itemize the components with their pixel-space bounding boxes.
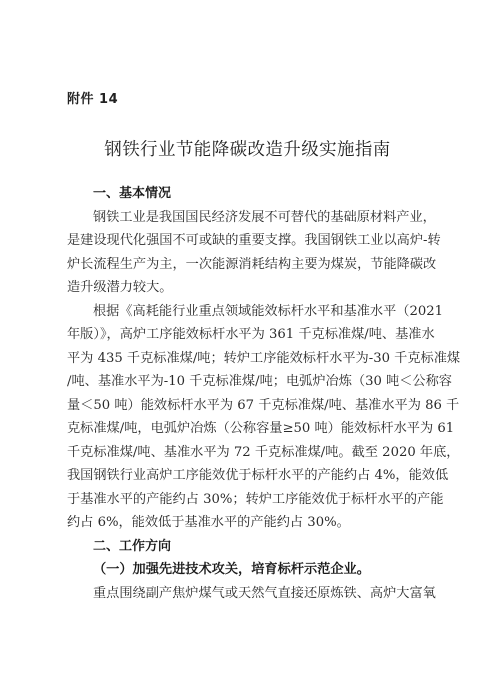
paragraph-line: 平为 435 千克标准煤/吨；转炉工序能效标杆水平为-30 千克标准煤	[67, 347, 431, 371]
subsection-heading: （一）加强先进技术攻关，培育标杆示范企业。	[67, 558, 431, 582]
paragraph-line: 量＜50 吨）能效标杆水平为 67 千克标准煤/吨、基准水平为 86 千	[67, 394, 431, 418]
paragraph-line: 我国钢铁行业高炉工序能效优于标杆水平的产能约占 4%，能效低	[67, 464, 431, 488]
paragraph: 钢铁工业是我国国民经济发展不可替代的基础原材料产业， 是建设现代化强国不可或缺的…	[67, 206, 431, 300]
attachment-label: 附件 14	[67, 88, 118, 107]
document-title: 钢铁行业节能降碳改造升级实施指南	[0, 136, 495, 161]
paragraph-line: 钢铁工业是我国国民经济发展不可替代的基础原材料产业，	[67, 206, 431, 230]
paragraph: 根据《高耗能行业重点领域能效标杆水平和基准水平（2021 年版）》，高炉工序能效…	[67, 300, 431, 535]
paragraph-line: 克标准煤/吨，电弧炉冶炼（公称容量≥50 吨）能效标杆水平为 61	[67, 417, 431, 441]
section-heading-basic-situation: 一、基本情况	[67, 182, 431, 206]
paragraph-line: 千克标准煤/吨、基准水平为 72 千克标准煤/吨。截至 2020 年底，	[67, 441, 431, 465]
paragraph-line: 是建设现代化强国不可或缺的重要支撑。我国钢铁工业以高炉-转	[67, 229, 431, 253]
paragraph-line: 造升级潜力较大。	[67, 276, 431, 300]
document-body: 一、基本情况 钢铁工业是我国国民经济发展不可替代的基础原材料产业， 是建设现代化…	[67, 182, 431, 605]
paragraph-line: 约占 6%，能效低于基准水平的产能约占 30%。	[67, 511, 431, 535]
section-heading-work-direction: 二、工作方向	[67, 535, 431, 559]
document-page: 附件 14 钢铁行业节能降碳改造升级实施指南 一、基本情况 钢铁工业是我国国民经…	[0, 0, 495, 700]
paragraph-line: 重点围绕副产焦炉煤气或天然气直接还原炼铁、高炉大富氧	[67, 582, 431, 606]
paragraph-line: 于基准水平的产能约占 30%；转炉工序能效优于标杆水平的产能	[67, 488, 431, 512]
paragraph-line: 炉长流程生产为主，一次能源消耗结构主要为煤炭，节能降碳改	[67, 253, 431, 277]
paragraph-line: 根据《高耗能行业重点领域能效标杆水平和基准水平（2021	[67, 300, 431, 324]
paragraph-line: 年版）》，高炉工序能效标杆水平为 361 千克标准煤/吨、基准水	[67, 323, 431, 347]
paragraph: 重点围绕副产焦炉煤气或天然气直接还原炼铁、高炉大富氧	[67, 582, 431, 606]
paragraph-line: /吨、基准水平为-10 千克标准煤/吨；电弧炉冶炼（30 吨＜公称容	[67, 370, 431, 394]
